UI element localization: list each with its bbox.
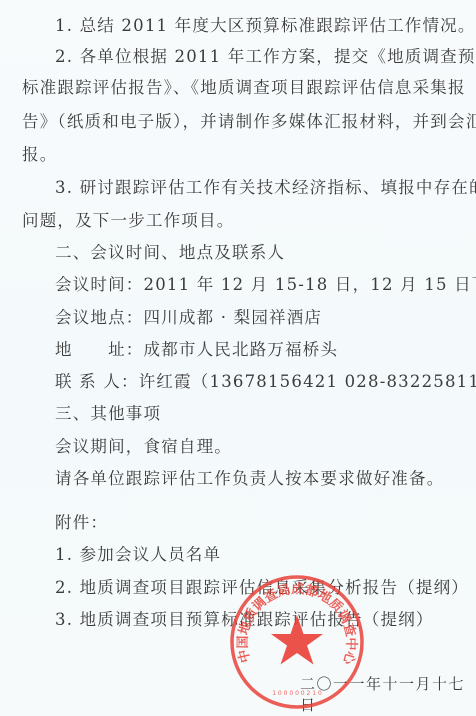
attachment-2: 2. 地质调查项目跟踪评估信息采集分析报告（提纲） [55,578,469,598]
attachments-heading: 附件： [55,513,108,533]
section-3-line-2: 请各单位跟踪评估工作负责人按本要求做好准备。 [55,469,444,489]
item-2-line-2: 标准跟踪评估报告》、《地质调查项目跟踪评估信息采集报 [22,78,466,98]
document-date: 二〇一一年十一月十七日 [300,673,476,715]
meeting-address: 地 址：成都市人民北路万福桥头 [55,340,338,360]
attachment-3: 3. 地质调查项目预算标准跟踪评估报告（提纲） [55,610,434,630]
document-page: 1. 总结 2011 年度大区预算标准跟踪评估工作情况。 2. 各单位根据 20… [0,0,476,716]
attachment-1: 1. 参加会议人员名单 [55,545,221,565]
item-3-line-1: 3. 研讨跟踪评估工作有关技术经济指标、填报中存在的 [55,178,476,198]
item-2-line-3: 告》（纸质和电子版），并请制作多媒体汇报材料，并到会汇 [22,112,476,132]
meeting-venue: 会议地点：四川成都 · 梨园祥酒店 [55,308,322,328]
item-2-line-1: 2. 各单位根据 2011 年工作方案，提交《地质调查预算 [55,47,476,67]
section-2-heading: 二、会议时间、地点及联系人 [55,243,285,263]
meeting-time: 会议时间：2011 年 12 月 15-18 日，12 月 15 日下午 [55,275,476,295]
meeting-contact: 联 系 人：许红霞（13678156421 028-83225811） [55,372,476,392]
section-3-heading: 三、其他事项 [55,404,161,424]
item-2-line-4: 报。 [22,145,57,165]
item-1: 1. 总结 2011 年度大区预算标准跟踪评估工作情况。 [55,16,476,36]
section-3-line-1: 会议期间，食宿自理。 [55,437,232,457]
item-3-line-2: 问题，及下一步工作项目。 [22,211,234,231]
